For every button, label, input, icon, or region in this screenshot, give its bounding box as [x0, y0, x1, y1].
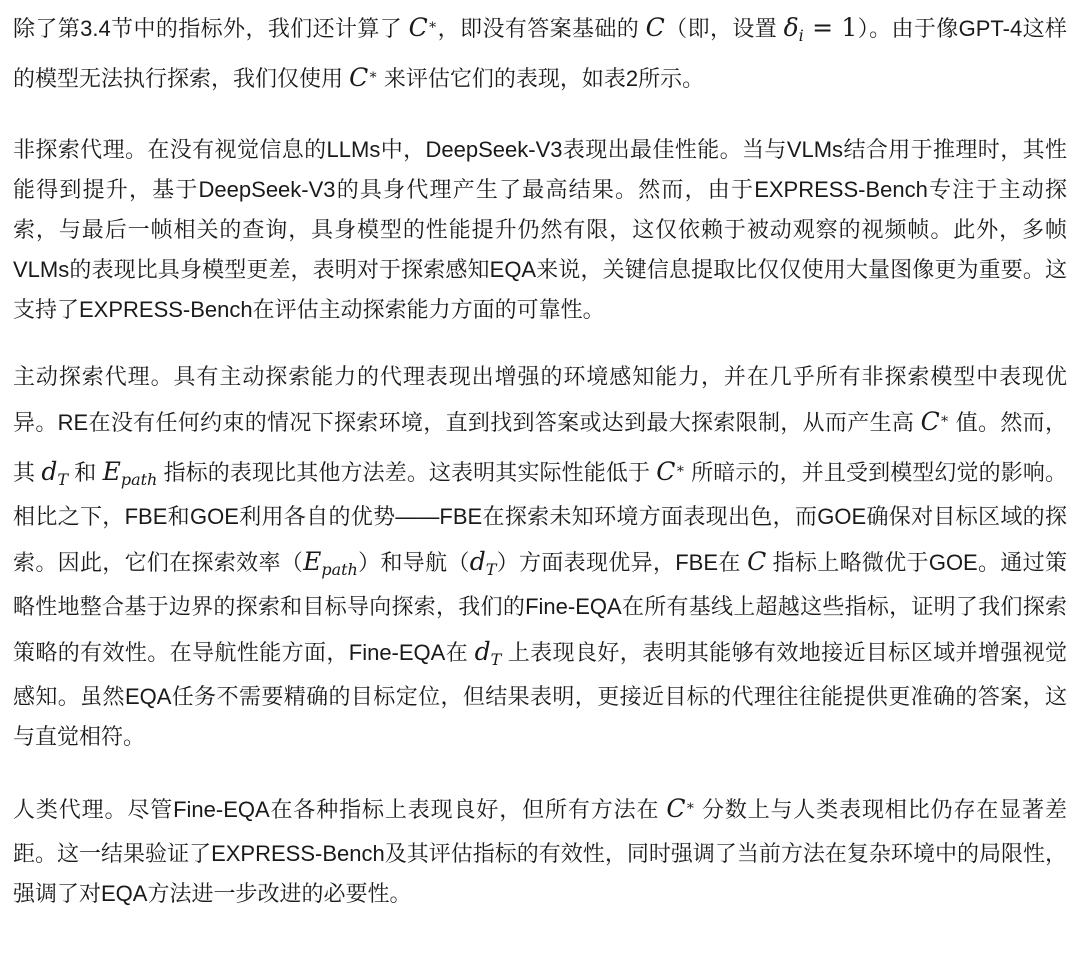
math-superscript: ∗ — [428, 17, 438, 33]
inline-math: dT — [41, 457, 68, 486]
text-run: 人类代理。尽管Fine-EQA在各种指标上表现良好，但所有方法在 — [13, 797, 666, 822]
inline-math: C∗ — [349, 63, 378, 92]
text-run: 指标的表现比其他方法差。这表明其实际性能低于 — [157, 460, 656, 485]
inline-math: Epath — [303, 547, 358, 576]
math-symbol: C — [747, 547, 766, 576]
paragraph-active-exploration-agents: 主动探索代理。具有主动探索能力的代理表现出增强的环境感知能力，并在几乎所有非探索… — [13, 357, 1067, 757]
text-run: 来评估它们的表现，如表2所示。 — [378, 66, 704, 91]
math-symbol: C — [921, 407, 940, 436]
inline-math: C∗ — [409, 13, 438, 42]
inline-math: δi = 1 — [784, 13, 858, 42]
text-run: （即，设置 — [665, 16, 784, 41]
math-superscript: ∗ — [368, 67, 378, 83]
math-symbol: E — [103, 457, 121, 486]
math-superscript: ∗ — [675, 461, 685, 477]
inline-math: C∗ — [921, 407, 950, 436]
text-run: ）方面表现优异，FBE在 — [496, 550, 747, 575]
math-symbol: C — [409, 13, 428, 42]
math-symbol: d — [475, 637, 491, 666]
paragraph-human-agents: 人类代理。尽管Fine-EQA在各种指标上表现良好，但所有方法在 C∗ 分数上与… — [13, 784, 1067, 914]
document-body: 除了第3.4节中的指标外，我们还计算了 C∗，即没有答案基础的 C（即，设置 δ… — [0, 0, 1080, 914]
math-symbol: E — [303, 547, 321, 576]
math-symbol: C — [646, 13, 665, 42]
math-superscript: ∗ — [685, 798, 695, 814]
inline-math: C — [646, 13, 665, 42]
math-subscript: path — [321, 560, 358, 579]
inline-math: dT — [475, 637, 502, 666]
math-subscript: T — [486, 560, 497, 579]
paragraph-metrics-overview: 除了第3.4节中的指标外，我们还计算了 C∗，即没有答案基础的 C（即，设置 δ… — [13, 3, 1067, 103]
inline-math: dT — [470, 547, 497, 576]
inline-math: C∗ — [656, 457, 685, 486]
paragraph-non-exploration-agents: 非探索代理。在没有视觉信息的LLMs中，DeepSeek-V3表现出最佳性能。当… — [13, 130, 1067, 330]
inline-math: C∗ — [666, 794, 695, 823]
text-run: ）和导航（ — [358, 550, 470, 575]
math-tail: = 1 — [804, 13, 858, 42]
math-symbol: d — [470, 547, 486, 576]
text-run: ，即没有答案基础的 — [437, 16, 645, 41]
math-symbol: d — [41, 457, 57, 486]
math-subscript: T — [57, 470, 68, 489]
math-superscript: ∗ — [940, 411, 950, 427]
text-run: 和 — [68, 460, 103, 485]
math-symbol: δ — [784, 13, 799, 42]
math-symbol: C — [666, 794, 685, 823]
text-run: 非探索代理。在没有视觉信息的LLMs中，DeepSeek-V3表现出最佳性能。当… — [13, 137, 1067, 322]
inline-math: Epath — [103, 457, 158, 486]
math-symbol: C — [349, 63, 368, 92]
text-run: 主动探索代理。具有主动探索能力的代理表现出增强的环境感知能力，并在几乎所有非探索… — [13, 364, 1067, 435]
math-symbol: C — [656, 457, 675, 486]
math-subscript: T — [491, 650, 502, 669]
math-subscript: path — [121, 470, 158, 489]
text-run: 除了第3.4节中的指标外，我们还计算了 — [13, 16, 409, 41]
inline-math: C — [747, 547, 766, 576]
